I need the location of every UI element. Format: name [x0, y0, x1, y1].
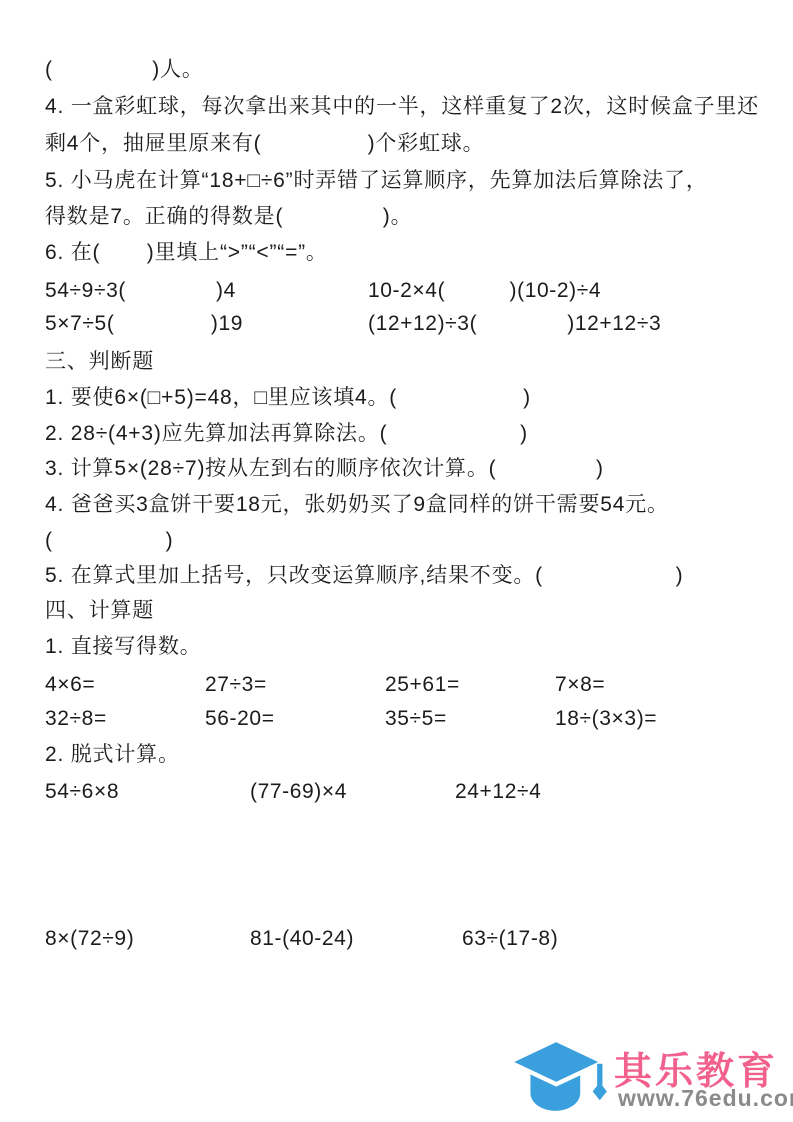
oral-calc-item: 25+61= — [385, 671, 460, 699]
stepwise-calc-label: 2. 脱式计算。 — [45, 741, 180, 769]
comparison-item: (12+12)÷3( )12+12÷3 — [368, 310, 661, 338]
fill-blank-answer-line: ( )人。 — [45, 56, 204, 84]
oral-calc-row: 4×6= 27÷3= 25+61= 7×8= — [0, 671, 793, 701]
stepwise-calc-item: 24+12÷4 — [455, 778, 541, 806]
oral-calc-label: 1. 直接写得数。 — [45, 633, 202, 661]
judge-item-4-answer: ( ) — [45, 527, 173, 555]
stepwise-calc-row: 54÷6×8 (77-69)×4 24+12÷4 — [0, 778, 793, 808]
question-4-text-line-2: 剩4个，抽屉里原来有( )个彩虹球。 — [45, 130, 484, 158]
graduation-cap-icon — [506, 1038, 610, 1118]
worksheet-page: ( )人。 4. 一盒彩虹球，每次拿出来其中的一半，这样重复了2次，这时候盒子里… — [0, 0, 793, 1122]
comparison-item: 54÷9÷3( )4 — [45, 277, 236, 305]
oral-calc-row: 32÷8= 56-20= 35÷5= 18÷(3×3)= — [0, 705, 793, 735]
judge-item-5: 5. 在算式里加上括号，只改变运算顺序,结果不变。( ) — [45, 562, 683, 590]
oral-calc-item: 27÷3= — [205, 671, 267, 699]
oral-calc-item: 7×8= — [555, 671, 605, 699]
oral-calc-item: 35÷5= — [385, 705, 447, 733]
judge-item-1: 1. 要使6×(□+5)=48，□里应该填4。( ) — [45, 384, 531, 412]
question-5-text-line-2: 得数是7。正确的得数是( )。 — [45, 203, 412, 231]
logo-site-url: www.76edu.com — [618, 1085, 793, 1112]
stepwise-calc-item: 63÷(17-8) — [462, 925, 558, 953]
comparison-row: 5×7÷5( )19 (12+12)÷3( )12+12÷3 — [0, 310, 793, 340]
question-5-text-line-1: 5. 小马虎在计算“18+□÷6”时弄错了运算顺序，先算加法后算除法了， — [45, 167, 708, 195]
judge-item-3: 3. 计算5×(28÷7)按从左到右的顺序依次计算。( ) — [45, 455, 604, 483]
comparison-item: 10-2×4( )(10-2)÷4 — [368, 277, 601, 305]
comparison-item: 5×7÷5( )19 — [45, 310, 243, 338]
oral-calc-item: 32÷8= — [45, 705, 107, 733]
site-logo: 其乐教育 www.76edu.com — [500, 1036, 793, 1120]
judge-item-2: 2. 28÷(4+3)应先算加法再算除法。( ) — [45, 420, 528, 448]
stepwise-calc-item: 81-(40-24) — [250, 925, 354, 953]
stepwise-calc-item: (77-69)×4 — [250, 778, 347, 806]
stepwise-calc-row: 8×(72÷9) 81-(40-24) 63÷(17-8) — [0, 925, 793, 955]
oral-calc-item: 56-20= — [205, 705, 275, 733]
stepwise-calc-item: 8×(72÷9) — [45, 925, 134, 953]
stepwise-calc-item: 54÷6×8 — [45, 778, 119, 806]
question-4-text-line-1: 4. 一盒彩虹球，每次拿出来其中的一半，这样重复了2次，这时候盒子里还 — [45, 93, 759, 121]
question-6-text: 6. 在( )里填上“>”“<”“=”。 — [45, 239, 328, 267]
judge-item-4: 4. 爸爸买3盒饼干要18元，张奶奶买了9盒同样的饼干需要54元。 — [45, 491, 669, 519]
oral-calc-item: 18÷(3×3)= — [555, 705, 657, 733]
judge-section-title: 三、判断题 — [45, 348, 154, 376]
calc-section-title: 四、计算题 — [45, 597, 154, 625]
oral-calc-item: 4×6= — [45, 671, 95, 699]
comparison-row: 54÷9÷3( )4 10-2×4( )(10-2)÷4 — [0, 277, 793, 307]
